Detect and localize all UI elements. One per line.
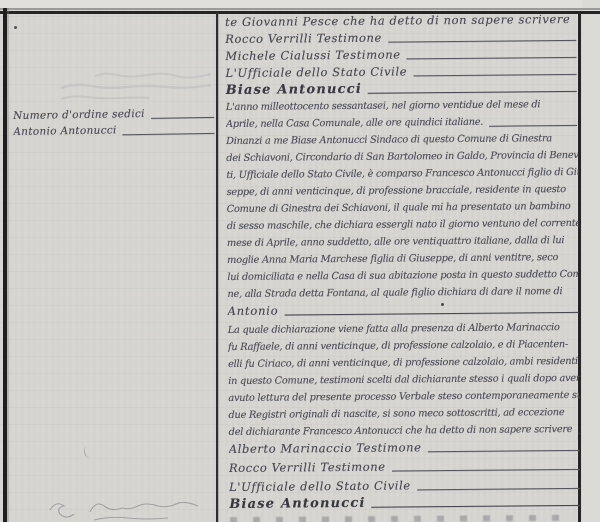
- act-line-text: in questo Comune, testimoni scelti dal d…: [228, 371, 580, 389]
- act-line-text: ti, Ufficiale dello Stato Civile, è comp…: [226, 165, 578, 183]
- inked-rule: [368, 91, 577, 94]
- act-line-text: Antonio: [228, 304, 279, 319]
- act-line: seppe, di anni venticinque, di professio…: [226, 180, 578, 200]
- act-line: mese di Aprile, anno suddetto, alle ore …: [227, 231, 579, 251]
- act-line-text: La quale dichiarazione viene fatta alla …: [228, 320, 560, 338]
- act-line: La quale dichiarazione viene fatta alla …: [228, 318, 580, 338]
- margin-note-text: Antonio Antonucci: [13, 123, 117, 140]
- inked-rule: [578, 433, 579, 434]
- margin-note-text: Numero d'ordine sedici: [13, 107, 145, 124]
- partial-cutoff-line: [230, 515, 560, 522]
- act-line: fu Raffaele, di anni venticinque, di pro…: [228, 335, 580, 355]
- act-line-text: del dichiarante Francesco Antonucci che …: [229, 422, 573, 440]
- act-column: te Giovanni Pesce che ha detto di non sa…: [225, 10, 581, 522]
- adjacent-page-edge: [582, 0, 600, 522]
- act-line-text: te Giovanni Pesce che ha detto di non sa…: [225, 12, 570, 30]
- act-line: lui domiciliata e nella Casa di sua abit…: [227, 265, 579, 285]
- act-line-text: ne, alla Strada detta Fontana, al quale …: [227, 284, 562, 302]
- act-line-child-name: Antonio: [228, 299, 580, 319]
- act-line: te Giovanni Pesce che ha detto di non sa…: [225, 10, 577, 30]
- act-line-text: dei Schiavoni, Circondario di San Bartol…: [226, 148, 578, 166]
- margin-column: Numero d'ordine sedici Antonio Antonucci: [13, 105, 215, 140]
- inked-rule: [392, 469, 580, 472]
- act-line-text: Dinanzi a me Biase Antonucci Sindaco di …: [226, 131, 552, 149]
- act-line: L'anno milleottocento sessantasei, nel g…: [226, 95, 578, 115]
- ink-flourish-mark: [83, 445, 95, 459]
- act-line: del dichiarante Francesco Antonucci che …: [229, 420, 581, 440]
- column-divider-line: [216, 12, 218, 522]
- inked-rule: [123, 133, 215, 135]
- margin-note-line: Antonio Antonucci: [13, 121, 215, 140]
- inked-rule: [407, 57, 577, 59]
- act-line-text: L'anno milleottocento sessantasei, nel g…: [226, 97, 541, 115]
- inked-rule: [428, 450, 580, 452]
- act-line-text: avuto lettura del presente processo Verb…: [228, 388, 580, 406]
- act-line-text: elli fu Ciriaco, di anni venticinque, di…: [228, 354, 578, 372]
- act-line-text: Biase Antonucci: [229, 496, 365, 512]
- act-line: elli fu Ciriaco, di anni venticinque, di…: [228, 352, 580, 372]
- inked-rule: [413, 74, 576, 76]
- act-line-signature: Biase Antonucci: [229, 492, 581, 512]
- act-line: avuto lettura del presente processo Verb…: [228, 386, 580, 406]
- faint-marginal-scribble: [46, 496, 226, 522]
- act-line-text: seppe, di anni venticinque, di professio…: [227, 182, 566, 200]
- registry-scan-page: Numero d'ordine sedici Antonio Antonucci…: [0, 0, 600, 522]
- act-line-text: Biase Antonucci: [226, 82, 362, 98]
- act-line: dei Schiavoni, Circondario di San Bartol…: [226, 146, 578, 166]
- act-line-text: Michele Cialussi Testimone: [225, 47, 400, 64]
- inked-rule: [151, 117, 214, 119]
- act-line-text: mese di Aprile, anno suddetto, alle ore …: [227, 233, 564, 251]
- bleed-through-marks: [55, 70, 215, 106]
- inked-rule: [372, 505, 581, 508]
- act-line-text: lui domiciliata e nella Casa di sua abit…: [227, 267, 579, 285]
- act-line: di sesso maschile, che dichiara essergli…: [227, 214, 579, 234]
- act-line: moglie Anna Maria Marchese figlia di Giu…: [227, 248, 579, 268]
- act-line-text: Rocco Verrilli Testimone: [229, 460, 386, 476]
- act-line-text: Aprile, nella Casa Comunale, alle ore qu…: [226, 115, 483, 132]
- act-line: due Registri originali di nascite, si so…: [228, 403, 580, 423]
- inked-rule: [285, 312, 579, 316]
- act-line-text: due Registri originali di nascite, si so…: [228, 405, 564, 423]
- inked-rule: [388, 40, 576, 43]
- act-line-text: L'Ufficiale dello Stato Civile: [225, 64, 407, 81]
- frame-left-border: [3, 8, 7, 522]
- act-line: ti, Ufficiale dello Stato Civile, è comp…: [226, 163, 578, 183]
- inked-rule: [417, 488, 580, 490]
- act-line-text: di sesso maschile, che dichiara essergli…: [227, 216, 579, 234]
- act-line: Comune di Ginestra dei Schiavoni, il qua…: [227, 197, 579, 217]
- act-line: Alberto Marinaccio Testimone: [229, 437, 581, 457]
- ink-speck: [14, 26, 17, 29]
- act-line-text: Alberto Marinaccio Testimone: [229, 440, 422, 457]
- act-line-text: moglie Anna Maria Marchese figlia di Giu…: [227, 250, 558, 268]
- act-line: ne, alla Strada detta Fontana, al quale …: [227, 282, 579, 302]
- act-line-text: L'Ufficiale dello Stato Civile: [229, 478, 411, 495]
- act-line-text: Comune di Ginestra dei Schiavoni, il qua…: [227, 199, 571, 217]
- inked-rule: [489, 125, 577, 127]
- act-line: in questo Comune, testimoni scelti dal d…: [228, 369, 580, 389]
- act-line: Dinanzi a me Biase Antonucci Sindaco di …: [226, 129, 578, 149]
- act-line-text: fu Raffaele, di anni venticinque, di pro…: [228, 337, 568, 355]
- act-line: Rocco Verrilli Testimone: [229, 456, 581, 476]
- act-line-text: Rocco Verrilli Testimone: [225, 31, 382, 47]
